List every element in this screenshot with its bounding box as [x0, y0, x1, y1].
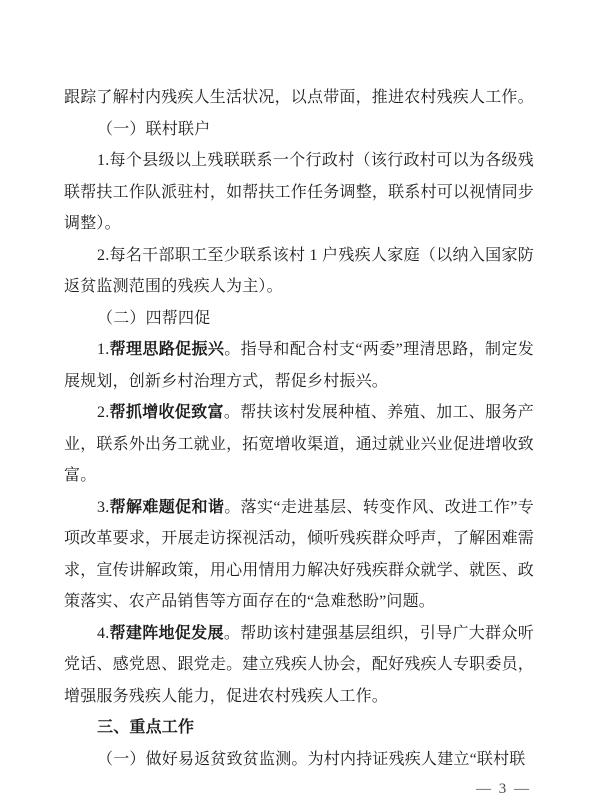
text-segment: 三、重点工作 — [97, 719, 194, 736]
text-segment: （一）联村联户 — [97, 121, 210, 138]
text-segment: 2. — [97, 404, 109, 421]
numbered-paragraph-bang-zhua-zeng-shou: 2.帮抓增收促致富。帮扶该村发展种植、养殖、加工、服务产业，联系外出务工就业，拓… — [64, 397, 534, 492]
document-page: 跟踪了解村内残疾人生活状况，以点带面，推进农村残疾人工作。（一）联村联户1.每个… — [0, 0, 607, 808]
numbered-paragraph-bang-li-si-lu: 1.帮理思路促振兴。指导和配合村支“两委”理清思路，制定发展规划，创新乡村治理方… — [64, 334, 534, 397]
section-heading-zhong-dian-gong-zuo: 三、重点工作 — [64, 712, 534, 744]
text-segment: 1.每个县级以上残联联系一个行政村（该行政村可以为各级残联帮扶工作队派驻村，如帮… — [64, 152, 534, 232]
numbered-paragraph-1: 1.每个县级以上残联联系一个行政村（该行政村可以为各级残联帮扶工作队派驻村，如帮… — [64, 145, 534, 240]
text-segment: （二）四帮四促 — [97, 310, 210, 327]
subsection-heading-si-bang-si-cu: （二）四帮四促 — [64, 303, 534, 335]
text-segment: 帮建阵地促发展 — [109, 625, 223, 642]
text-segment: 1. — [97, 341, 109, 358]
text-segment: 为村内持证残疾人建立“联村联 — [308, 751, 526, 768]
body-paragraph-continued: 跟踪了解村内残疾人生活状况，以点带面，推进农村残疾人工作。 — [64, 82, 534, 114]
text-segment: 2.每名干部职工至少联系该村 1 户残疾人家庭（以纳入国家防返贫监测范围的残疾人… — [64, 247, 534, 296]
text-segment: 帮理思路促振兴 — [109, 341, 224, 358]
document-body: 跟踪了解村内残疾人生活状况，以点带面，推进农村残疾人工作。（一）联村联户1.每个… — [64, 82, 534, 775]
text-segment: 跟踪了解村内残疾人生活状况，以点带面，推进农村残疾人工作。 — [64, 89, 534, 106]
subsection-heading-lian-cun-lian-hu: （一）联村联户 — [64, 114, 534, 146]
numbered-paragraph-bang-jian-zhen-di: 4.帮建阵地促发展。帮助该村建强基层组织，引导广大群众听党话、感党恩、跟党走。建… — [64, 618, 534, 713]
text-segment: 帮抓增收促致富 — [109, 404, 223, 421]
page-number: — 3 — — [476, 781, 531, 798]
text-segment: 3. — [97, 499, 109, 516]
text-segment: 帮解难题促和谐 — [109, 499, 224, 516]
subsection-paragraph-fan-pin-jian-ce: （一）做好易返贫致贫监测。为村内持证残疾人建立“联村联 — [64, 744, 534, 776]
text-segment: （一）做好易返贫致贫监测。 — [97, 751, 308, 768]
numbered-paragraph-2: 2.每名干部职工至少联系该村 1 户残疾人家庭（以纳入国家防返贫监测范围的残疾人… — [64, 240, 534, 303]
numbered-paragraph-bang-jie-nan-ti: 3.帮解难题促和谐。落实“走进基层、转变作风、改进工作”专项改革要求，开展走访探… — [64, 492, 534, 618]
text-segment: 4. — [97, 625, 109, 642]
